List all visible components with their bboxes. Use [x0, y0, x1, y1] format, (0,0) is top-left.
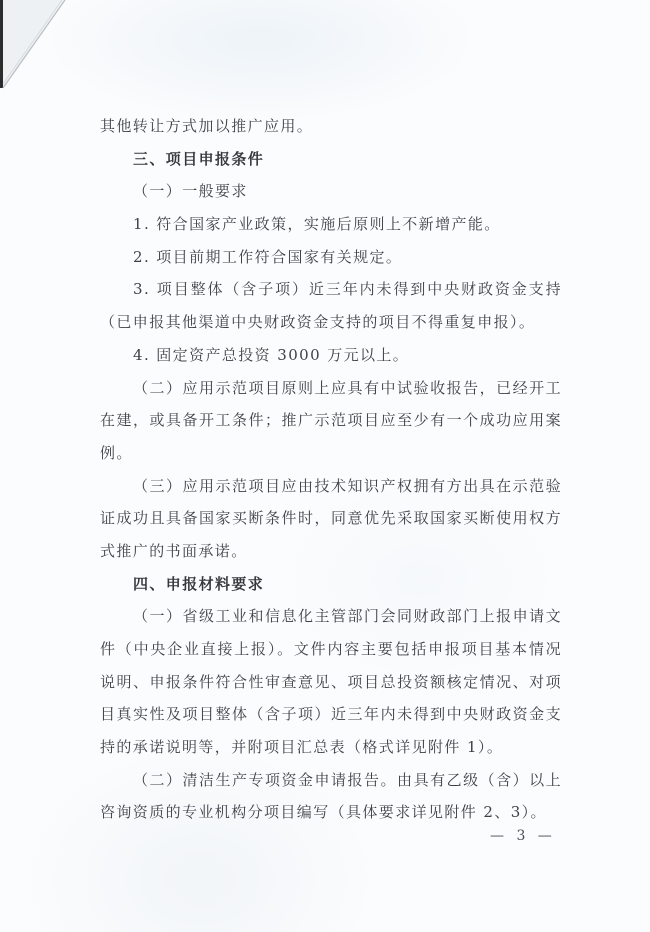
- document-body: 其他转让方式加以推广应用。 三、项目申报条件 （一）一般要求 1. 符合国家产业…: [100, 110, 562, 829]
- paragraph-demo-projects: （二）应用示范项目原则上应具有中试验收报告，已经开工: [100, 372, 562, 405]
- requirement-item-2: 2. 项目前期工作符合国家有关规定。: [100, 241, 562, 274]
- paragraph-application-document-line-4: 目真实性及项目整体（含子项）近三年内未得到中央财政资金支: [100, 698, 562, 731]
- section-heading-application-conditions: 三、项目申报条件: [100, 143, 562, 176]
- section-heading-materials-requirements: 四、申报材料要求: [100, 568, 562, 601]
- paragraph-funding-report-end: 咨询资质的专业机构分项目编写（具体要求详见附件 2、3）。: [100, 796, 562, 829]
- scan-edge-shadow: [0, 0, 3, 88]
- requirement-item-4: 4. 固定资产总投资 3000 万元以上。: [100, 339, 562, 372]
- paragraph-demo-projects-continued: 在建，或具备开工条件；推广示范项目应至少有一个成功应用案: [100, 404, 562, 437]
- paragraph-demo-projects-end: 例。: [100, 437, 562, 470]
- text-line: 其他转让方式加以推广应用。: [100, 110, 562, 143]
- page-number: — 3 —: [490, 828, 556, 844]
- requirement-item-3: 3. 项目整体（含子项）近三年内未得到中央财政资金支持: [100, 273, 562, 306]
- paragraph-application-document-line-2: 件（中央企业直接上报）。文件内容主要包括申报项目基本情况: [100, 633, 562, 666]
- page-fold-mark: [0, 0, 70, 90]
- paragraph-application-document: （一）省级工业和信息化主管部门会同财政部门上报申请文: [100, 600, 562, 633]
- paragraph-application-document-end: 持的承诺说明等，并附项目汇总表（格式详见附件 1）。: [100, 731, 562, 764]
- paragraph-ip-commitment-continued: 证成功且具备国家买断条件时，同意优先采取国家买断使用权方: [100, 502, 562, 535]
- paragraph-application-document-line-3: 说明、申报条件符合性审查意见、项目总投资额核定情况、对项: [100, 666, 562, 699]
- subsection-heading-general-requirements: （一）一般要求: [100, 175, 562, 208]
- paragraph-ip-commitment: （三）应用示范项目应由技术知识产权拥有方出具在示范验: [100, 470, 562, 503]
- paragraph-funding-report: （二）清洁生产专项资金申请报告。由具有乙级（含）以上: [100, 764, 562, 797]
- requirement-item-3-continued: （已申报其他渠道中央财政资金支持的项目不得重复申报）。: [100, 306, 562, 339]
- requirement-item-1: 1. 符合国家产业政策，实施后原则上不新增产能。: [100, 208, 562, 241]
- paragraph-ip-commitment-end: 式推广的书面承诺。: [100, 535, 562, 568]
